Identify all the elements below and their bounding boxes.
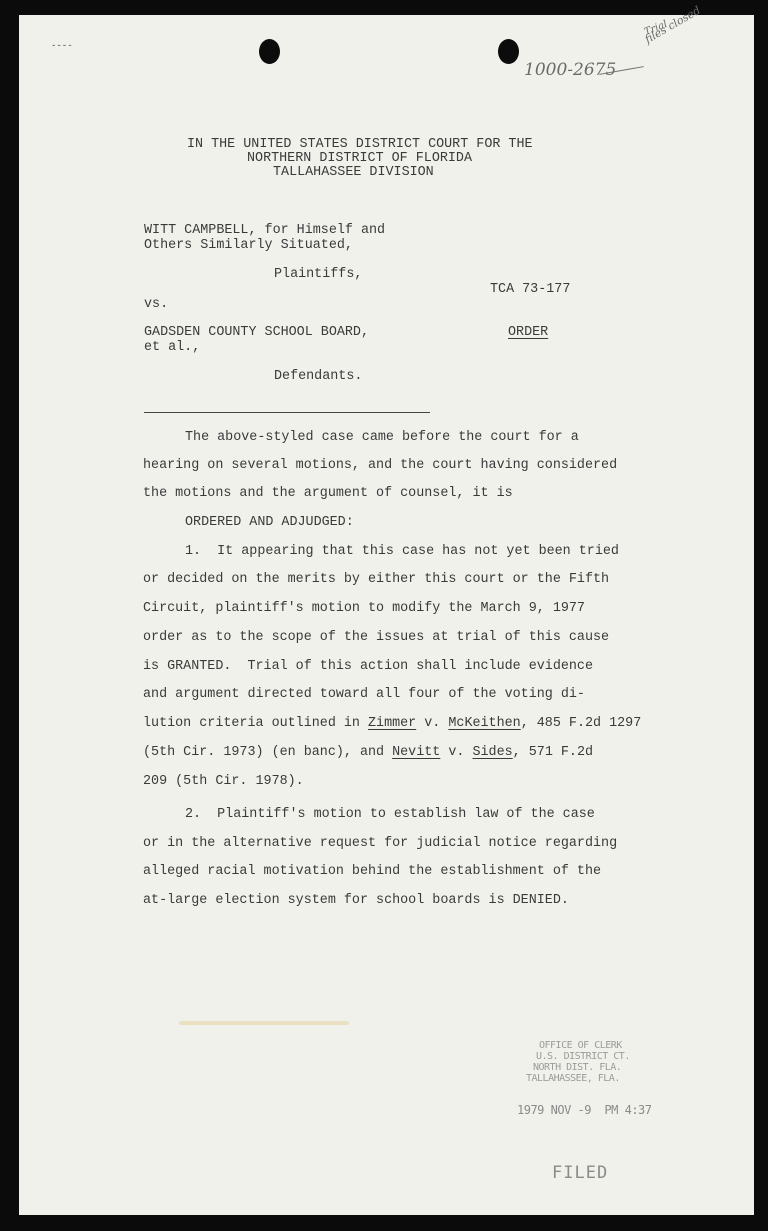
- versus-label: vs.: [144, 298, 168, 312]
- stamp-filed: FILED: [552, 1163, 608, 1183]
- case-citation-mckeithen: McKeithen: [448, 716, 520, 731]
- para1-line7-text-b: , 485 F.2d 1297: [521, 716, 642, 731]
- intro-line1: The above-styled case came before the co…: [185, 431, 579, 445]
- intro-line2: hearing on several motions, and the cour…: [143, 459, 617, 473]
- para2-line3: alleged racial motivation behind the est…: [143, 865, 601, 879]
- stamp-line2: U.S. DISTRICT CT.: [536, 1051, 630, 1062]
- para1-line1: 1. It appearing that this case has not y…: [185, 545, 619, 559]
- stamp-line4: TALLAHASSEE, FLA.: [526, 1073, 620, 1084]
- top-left-mark: ----: [51, 39, 73, 53]
- para1-line6: and argument directed toward all four of…: [143, 688, 585, 702]
- plaintiff-name-line1: WITT CAMPBELL, for Himself and: [144, 224, 385, 238]
- plaintiffs-label: Plaintiffs,: [274, 268, 362, 282]
- defendant-name-line2: et al.,: [144, 341, 200, 355]
- para2-line4: at-large election system for school boar…: [143, 894, 569, 908]
- defendant-name-line1: GADSDEN COUNTY SCHOOL BOARD,: [144, 326, 369, 340]
- para1-line3: Circuit, plaintiff's motion to modify th…: [143, 602, 585, 616]
- para1-line2: or decided on the merits by either this …: [143, 573, 609, 587]
- handwritten-file-number: 1000-2675: [524, 60, 616, 80]
- punch-hole-right: [498, 39, 519, 64]
- para1-line8-text-b: , 571 F.2d: [513, 745, 593, 760]
- court-heading-line2: NORTHERN DISTRICT OF FLORIDA: [247, 152, 472, 166]
- ordered-adjudged: ORDERED AND ADJUDGED:: [185, 516, 354, 530]
- case-citation-nevitt: Nevitt: [392, 745, 440, 760]
- case-citation-zimmer: Zimmer: [368, 716, 416, 731]
- para1-line5: is GRANTED. Trial of this action shall i…: [143, 660, 593, 674]
- para1-line7-v: v.: [416, 716, 448, 731]
- court-heading-line1: IN THE UNITED STATES DISTRICT COURT FOR …: [187, 138, 533, 152]
- para2-line1: 2. Plaintiff's motion to establish law o…: [185, 808, 595, 822]
- stamp-line3: NORTH DIST. FLA.: [533, 1062, 621, 1073]
- document-type-order: ORDER: [508, 326, 548, 340]
- court-heading-line3: TALLAHASSEE DIVISION: [273, 166, 434, 180]
- caption-divider: [144, 412, 430, 413]
- case-citation-sides: Sides: [472, 745, 512, 760]
- para1-line7: lution criteria outlined in Zimmer v. Mc…: [143, 717, 641, 731]
- para1-line7-text-a: lution criteria outlined in: [143, 716, 368, 731]
- document-page: ---- 1000-2675 Trial files closed IN THE…: [19, 15, 754, 1215]
- paper-smudge: [179, 1021, 349, 1025]
- punch-hole-left: [259, 39, 280, 64]
- para2-line2: or in the alternative request for judici…: [143, 837, 617, 851]
- para1-line9: 209 (5th Cir. 1978).: [143, 775, 304, 789]
- para1-line8-v: v.: [440, 745, 472, 760]
- plaintiff-name-line2: Others Similarly Situated,: [144, 239, 353, 253]
- para1-line8: (5th Cir. 1973) (en banc), and Nevitt v.…: [143, 746, 593, 760]
- stamp-line1: OFFICE OF CLERK: [539, 1040, 622, 1051]
- para1-line8-text-a: (5th Cir. 1973) (en banc), and: [143, 745, 392, 760]
- stamp-datetime: 1979 NOV -9 PM 4:37: [517, 1103, 652, 1117]
- intro-line3: the motions and the argument of counsel,…: [143, 487, 513, 501]
- case-number: TCA 73-177: [490, 283, 570, 297]
- para1-line4: order as to the scope of the issues at t…: [143, 631, 609, 645]
- defendants-label: Defendants.: [274, 370, 362, 384]
